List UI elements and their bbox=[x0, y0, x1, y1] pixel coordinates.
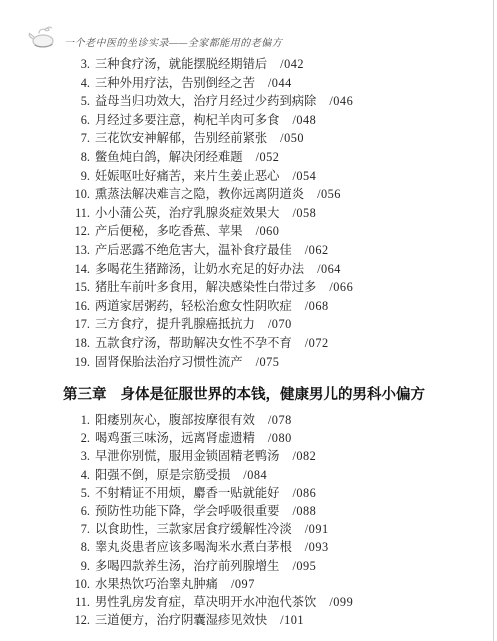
toc-entry: 15.猪肚车前叶多食用，解决感染性白带过多/066 bbox=[63, 278, 471, 297]
toc-entry: 9.妊娠呕吐好痛苦，来片生姜止恶心/054 bbox=[63, 167, 471, 186]
toc-entry: 7.以食助性，三款家居食疗缓解性冷淡/091 bbox=[63, 520, 471, 538]
teapot-sketch-icon bbox=[26, 22, 58, 50]
toc-entry-page: /099 bbox=[329, 593, 353, 611]
toc-entry-title: 三方食疗，提升乳腺癌抵抗力 bbox=[95, 315, 255, 334]
toc-entry: 6.预防性功能下降，学会呼吸很重要/088 bbox=[63, 502, 471, 520]
toc-entry-title: 妊娠呕吐好痛苦，来片生姜止恶心 bbox=[95, 167, 279, 186]
toc-entry: 1.阳痿别灰心，腹部按摩很有效/078 bbox=[63, 411, 471, 429]
toc-entry: 11.男性乳房发育症，草决明开水冲泡代茶饮/099 bbox=[63, 593, 471, 611]
toc-entry-page: /066 bbox=[329, 278, 353, 297]
toc-entry-title: 预防性功能下降，学会呼吸很重要 bbox=[95, 502, 279, 520]
toc-entry: 4.三种外用疗法，告别倒经之苦/044 bbox=[63, 74, 471, 93]
toc-entry-page: /072 bbox=[305, 334, 329, 353]
toc-entry-title: 三种食疗汤，就能摆脱经期错后 bbox=[95, 55, 267, 74]
toc-entry-title: 阳强不倒，原是宗筋受损 bbox=[95, 466, 230, 484]
toc-entry-number: 7. bbox=[63, 520, 90, 538]
toc-entry-title: 多喝花生猪蹄汤，让奶水充足的好办法 bbox=[95, 260, 304, 279]
toc-entry-title: 固肾保胎法治疗习惯性流产 bbox=[95, 353, 243, 372]
toc-entry-title: 以食助性，三款家居食疗缓解性冷淡 bbox=[95, 520, 292, 538]
toc-entry-number: 12. bbox=[63, 611, 90, 629]
toc-entry-title: 不射精证不用烦，麝香一贴就能好 bbox=[95, 484, 279, 502]
toc-entry-number: 8. bbox=[63, 538, 90, 556]
toc-entry-number: 9. bbox=[63, 557, 90, 575]
toc-entry-number: 17. bbox=[63, 315, 90, 334]
toc-entry-page: /084 bbox=[243, 466, 267, 484]
toc-entry-number: 11. bbox=[63, 204, 90, 223]
toc-entry-title: 两道家居粥药，轻松治愈女性阴吹症 bbox=[95, 297, 292, 316]
toc-entry-number: 3. bbox=[63, 55, 90, 74]
toc-entry: 18.五款食疗汤，帮助解决女性不孕不育/072 bbox=[63, 334, 471, 353]
toc-entry-number: 4. bbox=[63, 466, 90, 484]
book-title: 一个老中医的坐诊实录——全家都能用的老偏方 bbox=[64, 24, 282, 49]
toc-entry-title: 早泄你别慌，服用金锁固精老鸭汤 bbox=[95, 447, 279, 465]
toc-entry-number: 7. bbox=[63, 129, 90, 148]
toc-entry-number: 12. bbox=[63, 222, 90, 241]
toc-entry-page: /091 bbox=[305, 520, 329, 538]
toc-entry-number: 5. bbox=[63, 92, 90, 111]
toc-entry-title: 益母当归功效大，治疗月经过少药到病除 bbox=[95, 92, 316, 111]
chapter-label: 第三章 bbox=[63, 387, 107, 403]
toc-entry: 8.睾丸炎患者应该多喝淘米水煮白茅根/093 bbox=[63, 538, 471, 556]
toc-entry: 4.阳强不倒，原是宗筋受损/084 bbox=[63, 466, 471, 484]
toc-entry-title: 喝鸡蛋三味汤，远离肾虚遗精 bbox=[95, 429, 255, 447]
toc-entry-title: 产后便秘，多吃香蕉、苹果 bbox=[95, 222, 243, 241]
toc-entry-page: /078 bbox=[268, 411, 292, 429]
toc-section: 1.阳痿别灰心，腹部按摩很有效/0782.喝鸡蛋三味汤，远离肾虚遗精/0803.… bbox=[63, 411, 471, 629]
toc-entry: 17.三方食疗，提升乳腺癌抵抗力/070 bbox=[63, 315, 471, 334]
toc-entry-title: 三种外用疗法，告别倒经之苦 bbox=[95, 74, 255, 93]
toc-entry-number: 18. bbox=[63, 334, 90, 353]
toc-entry-number: 6. bbox=[63, 111, 90, 130]
toc-entry-page: /050 bbox=[280, 129, 304, 148]
toc-entry-page: /046 bbox=[329, 92, 353, 111]
toc-entry-number: 13. bbox=[63, 241, 90, 260]
toc-entry-title: 睾丸炎患者应该多喝淘米水煮白茅根 bbox=[95, 538, 292, 556]
toc-entry-page: /086 bbox=[292, 484, 316, 502]
toc-entry-number: 19. bbox=[63, 353, 90, 372]
toc-entry-page: /044 bbox=[268, 74, 292, 93]
toc-entry: 3.早泄你别慌，服用金锁固精老鸭汤/082 bbox=[63, 447, 471, 465]
toc-entry-title: 熏蒸法解决难言之隐，教你远离阴道炎 bbox=[95, 185, 304, 204]
toc-entry: 12.产后便秘，多吃香蕉、苹果/060 bbox=[63, 222, 471, 241]
toc-entry-number: 9. bbox=[63, 167, 90, 186]
toc-entry-title: 多喝四款养生汤，治疗前列腺增生 bbox=[95, 557, 279, 575]
book-page: 一个老中医的坐诊实录——全家都能用的老偏方 3.三种食疗汤，就能摆脱经期错后/0… bbox=[0, 0, 497, 641]
toc-entry-title: 男性乳房发育症，草决明开水冲泡代茶饮 bbox=[95, 593, 316, 611]
toc-entry: 19.固肾保胎法治疗习惯性流产/075 bbox=[63, 353, 471, 372]
toc-entry-page: /062 bbox=[305, 241, 329, 260]
toc-entry: 2.喝鸡蛋三味汤，远离肾虚遗精/080 bbox=[63, 429, 471, 447]
toc-entry-number: 14. bbox=[63, 260, 90, 279]
toc-entry: 7.三花饮安神解郁，告别经前紧张/050 bbox=[63, 129, 471, 148]
toc-entry-number: 6. bbox=[63, 502, 90, 520]
toc-entry: 6.月经过多要注意，枸杞羊肉可多食/048 bbox=[63, 111, 471, 130]
chapter-heading: 第三章身体是征服世界的本钱，健康男儿的男科小偏方 bbox=[63, 384, 471, 407]
toc-entry: 13.产后恶露不绝危害大，温补食疗最佳/062 bbox=[63, 241, 471, 260]
toc-entry-page: /080 bbox=[268, 429, 292, 447]
toc-entry-page: /056 bbox=[317, 185, 341, 204]
toc-entry-page: /095 bbox=[292, 557, 316, 575]
toc-section: 3.三种食疗汤，就能摆脱经期错后/0424.三种外用疗法，告别倒经之苦/0445… bbox=[63, 55, 471, 371]
toc-entry-title: 月经过多要注意，枸杞羊肉可多食 bbox=[95, 111, 279, 130]
toc-entry-number: 16. bbox=[63, 297, 90, 316]
toc-entry-page: /054 bbox=[292, 167, 316, 186]
toc-entry-title: 五款食疗汤，帮助解决女性不孕不育 bbox=[95, 334, 292, 353]
toc-entry-title: 三花饮安神解郁，告别经前紧张 bbox=[95, 129, 267, 148]
toc-entry-page: /075 bbox=[256, 353, 280, 372]
table-of-contents: 3.三种食疗汤，就能摆脱经期错后/0424.三种外用疗法，告别倒经之苦/0445… bbox=[63, 55, 471, 629]
toc-entry-page: /048 bbox=[292, 111, 316, 130]
toc-entry-title: 三道便方，治疗阴囊湿疹见效快 bbox=[95, 611, 267, 629]
toc-entry-page: /060 bbox=[256, 222, 280, 241]
toc-entry: 10.水果热饮巧治睾丸肿痛/097 bbox=[63, 575, 471, 593]
toc-entry-title: 猪肚车前叶多食用，解决感染性白带过多 bbox=[95, 278, 316, 297]
toc-entry: 9.多喝四款养生汤，治疗前列腺增生/095 bbox=[63, 557, 471, 575]
toc-entry-number: 8. bbox=[63, 148, 90, 167]
toc-entry: 14.多喝花生猪蹄汤，让奶水充足的好办法/064 bbox=[63, 260, 471, 279]
toc-entry-number: 2. bbox=[63, 429, 90, 447]
page-scan-edge bbox=[493, 0, 494, 641]
toc-entry-title: 阳痿别灰心，腹部按摩很有效 bbox=[95, 411, 255, 429]
toc-entry-page: /093 bbox=[305, 538, 329, 556]
toc-entry-page: /052 bbox=[256, 148, 280, 167]
toc-entry: 3.三种食疗汤，就能摆脱经期错后/042 bbox=[63, 55, 471, 74]
toc-entry-page: /101 bbox=[280, 611, 304, 629]
chapter-title: 身体是征服世界的本钱，健康男儿的男科小偏方 bbox=[121, 387, 426, 403]
toc-entry-number: 4. bbox=[63, 74, 90, 93]
toc-entry-page: /088 bbox=[292, 502, 316, 520]
toc-entry-title: 产后恶露不绝危害大，温补食疗最佳 bbox=[95, 241, 292, 260]
toc-entry: 5.益母当归功效大，治疗月经过少药到病除/046 bbox=[63, 92, 471, 111]
toc-entry: 16.两道家居粥药，轻松治愈女性阴吹症/068 bbox=[63, 297, 471, 316]
toc-entry-title: 小小蒲公英，治疗乳腺炎症效果大 bbox=[95, 204, 279, 223]
toc-entry-number: 5. bbox=[63, 484, 90, 502]
toc-entry: 8.鳖鱼炖白鸽，解决闭经难题/052 bbox=[63, 148, 471, 167]
toc-entry-number: 11. bbox=[63, 593, 90, 611]
toc-entry-number: 3. bbox=[63, 447, 90, 465]
page-header: 一个老中医的坐诊实录——全家都能用的老偏方 bbox=[26, 22, 282, 50]
toc-entry-number: 1. bbox=[63, 411, 90, 429]
toc-entry-page: /064 bbox=[317, 260, 341, 279]
toc-entry: 10.熏蒸法解决难言之隐，教你远离阴道炎/056 bbox=[63, 185, 471, 204]
toc-entry-number: 15. bbox=[63, 278, 90, 297]
toc-entry-title: 鳖鱼炖白鸽，解决闭经难题 bbox=[95, 148, 243, 167]
toc-entry-page: /042 bbox=[280, 55, 304, 74]
toc-entry-page: /058 bbox=[292, 204, 316, 223]
toc-entry: 11.小小蒲公英，治疗乳腺炎症效果大/058 bbox=[63, 204, 471, 223]
toc-entry-page: /082 bbox=[292, 447, 316, 465]
toc-entry: 5.不射精证不用烦，麝香一贴就能好/086 bbox=[63, 484, 471, 502]
toc-entry-page: /070 bbox=[268, 315, 292, 334]
toc-entry-page: /097 bbox=[231, 575, 255, 593]
toc-entry-title: 水果热饮巧治睾丸肿痛 bbox=[95, 575, 218, 593]
toc-entry-page: /068 bbox=[305, 297, 329, 316]
toc-entry: 12.三道便方，治疗阴囊湿疹见效快/101 bbox=[63, 611, 471, 629]
toc-entry-number: 10. bbox=[63, 185, 90, 204]
toc-entry-number: 10. bbox=[63, 575, 90, 593]
